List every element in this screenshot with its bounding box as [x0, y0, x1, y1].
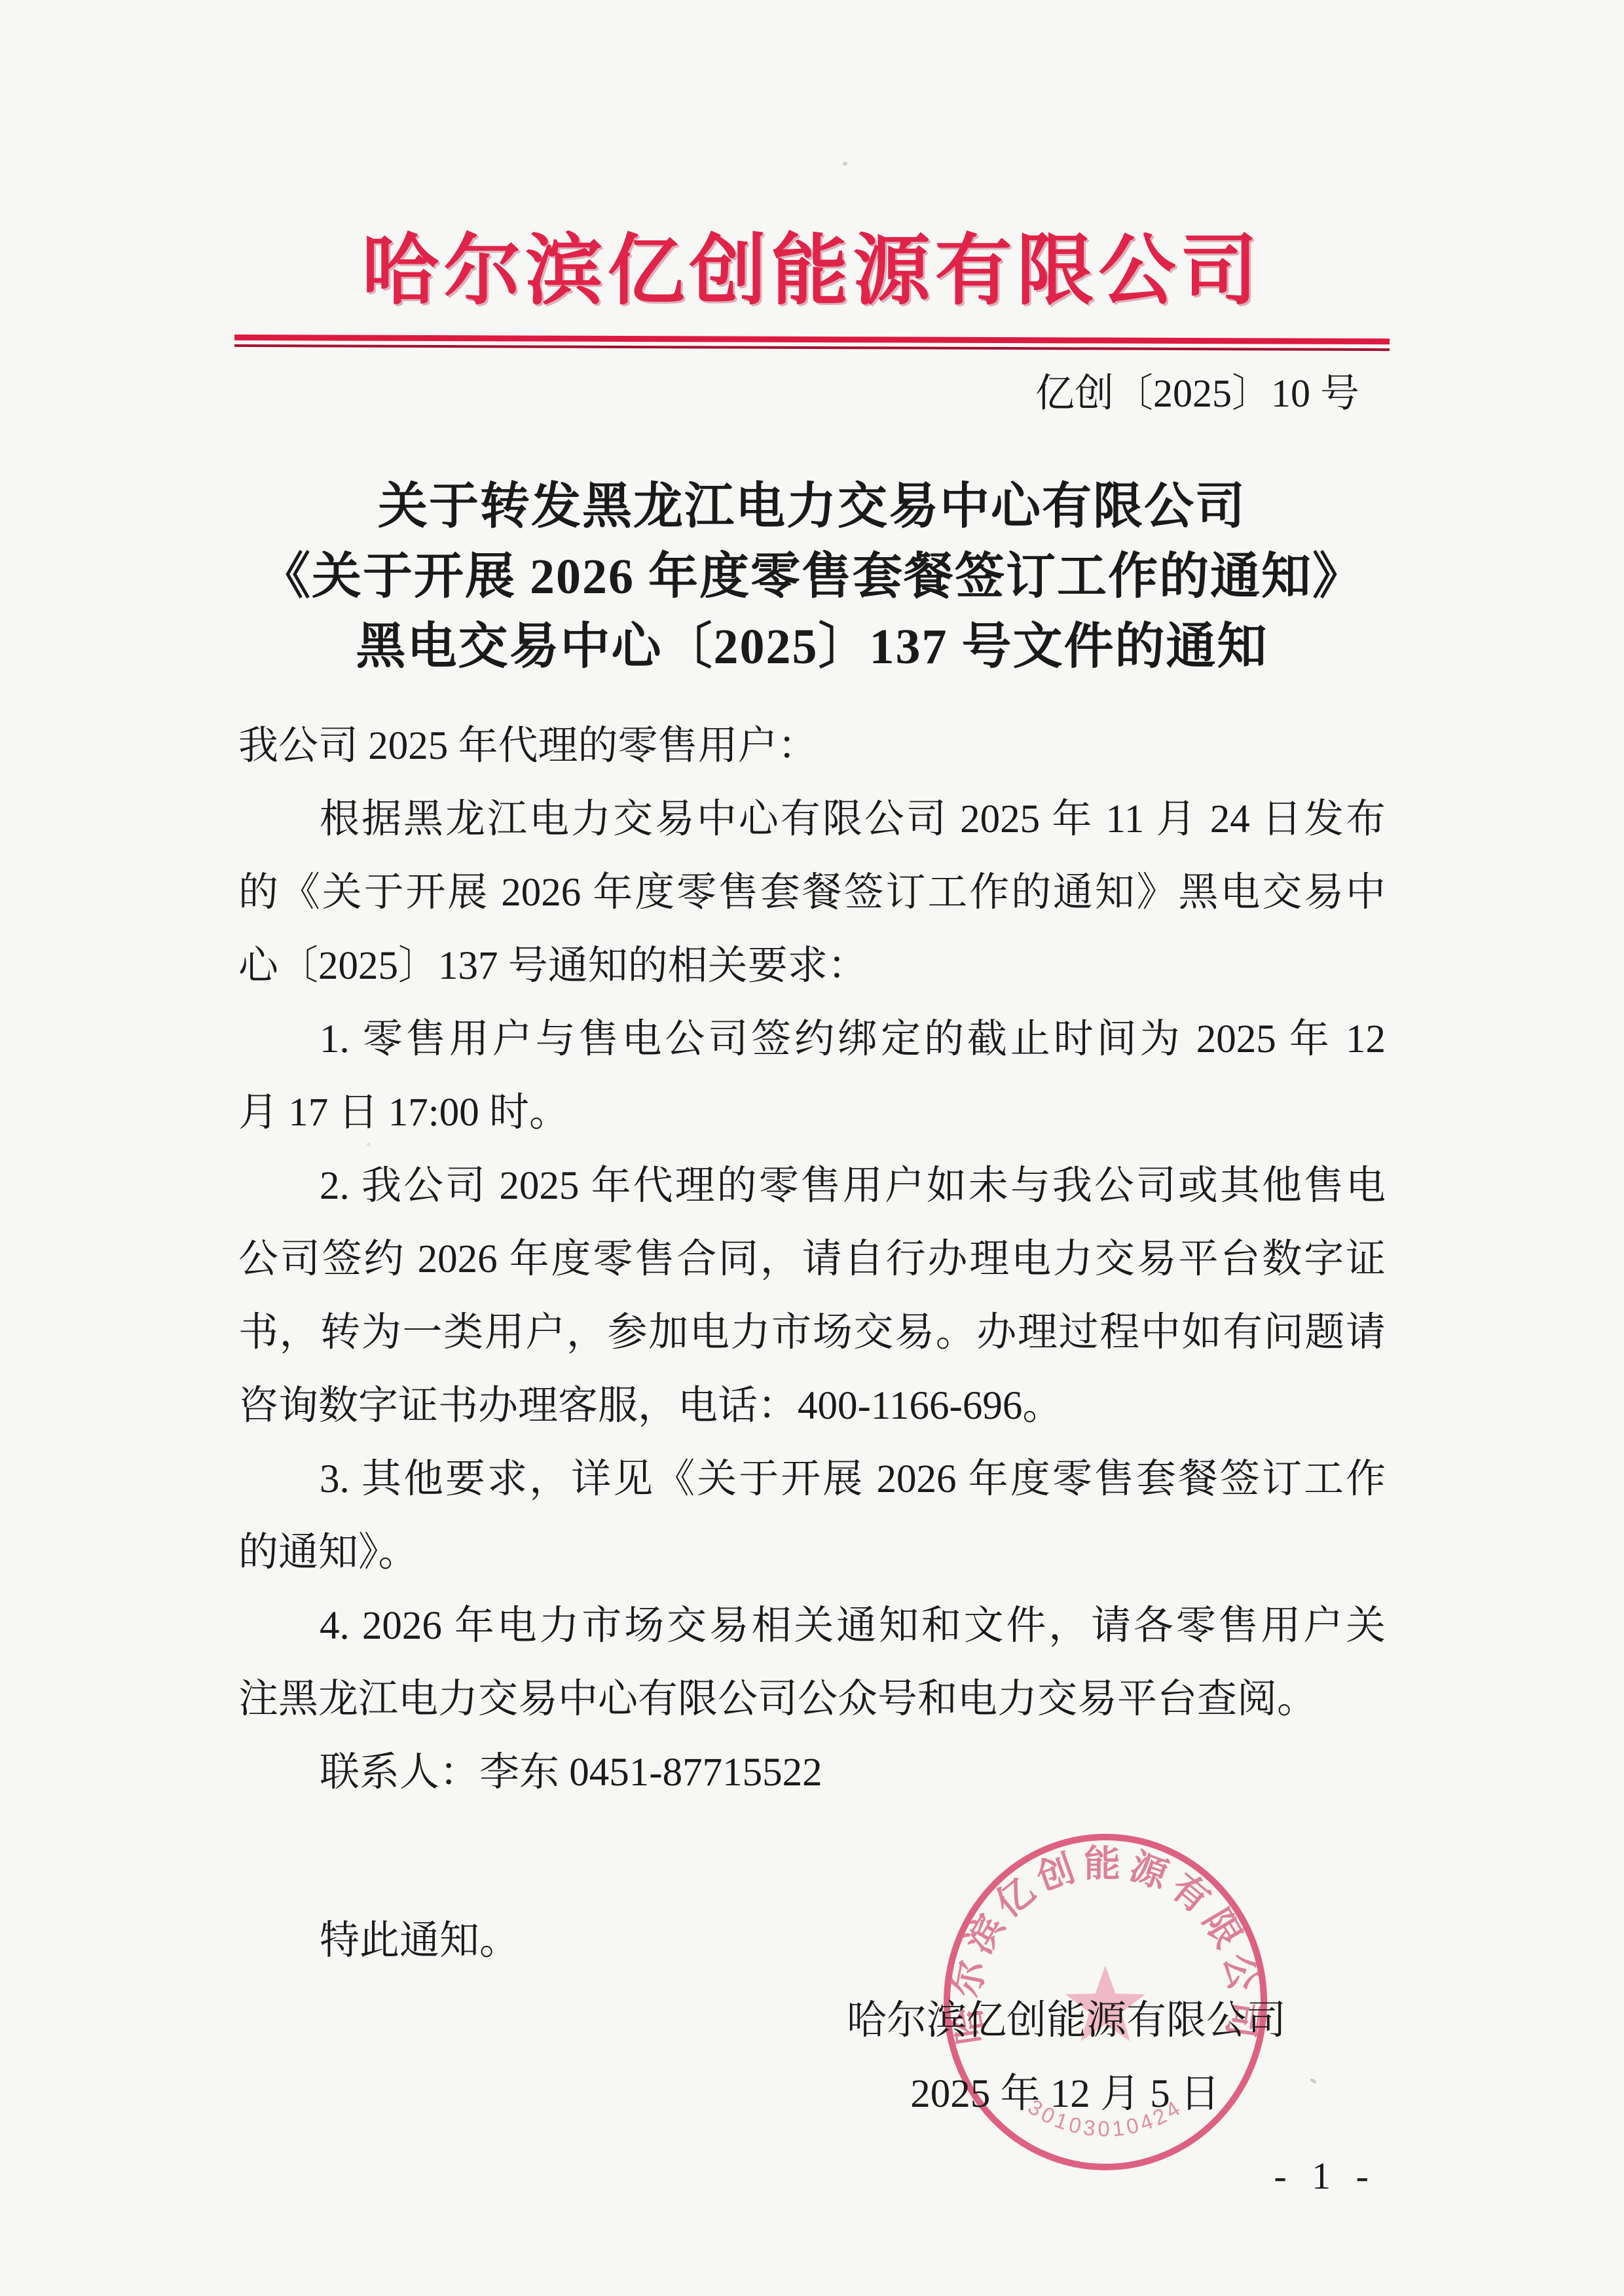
body-line: 注黑龙江电力交易中心有限公司公众号和电力交易平台查阅。: [238, 1663, 1386, 1736]
body-line-item-2: 2. 我公司 2025 年代理的零售用户如未与我公司或其他售电: [238, 1150, 1386, 1223]
closing-line: 特此通知。: [238, 1904, 1386, 1978]
body-line: 心〔2025〕137 号通知的相关要求：: [238, 930, 1386, 1003]
body-line: 公司签约 2026 年度零售合同，请自行办理电力交易平台数字证: [238, 1223, 1386, 1296]
body-line: 咨询数字证书办理客服，电话：400-1166-696。: [238, 1370, 1386, 1443]
document-body: 我公司 2025 年代理的零售用户： 根据黑龙江电力交易中心有限公司 2025 …: [238, 710, 1386, 1978]
document-title-line-1: 关于转发黑龙江电力交易中心有限公司: [223, 472, 1401, 542]
document-page: 哈尔滨亿创能源有限公司 亿创〔2025〕10 号 关于转发黑龙江电力交易中心有限…: [0, 0, 1624, 2296]
body-line: 书，转为一类用户，参加电力市场交易。办理过程中如有问题请: [238, 1296, 1386, 1370]
body-line: 的《关于开展 2026 年度零售套餐签订工作的通知》黑电交易中: [238, 856, 1386, 930]
document-title-line-2: 《关于开展 2026 年度零售套餐签订工作的通知》: [223, 542, 1401, 612]
body-line-item-1: 1. 零售用户与售电公司签约绑定的截止时间为 2025 年 12: [238, 1003, 1386, 1076]
contact-line: 联系人：李东 0451-87715522: [238, 1736, 1386, 1810]
red-separator: [234, 335, 1390, 351]
document-title-line-3: 黑电交易中心〔2025〕137 号文件的通知: [223, 612, 1401, 682]
body-line: 根据黑龙江电力交易中心有限公司 2025 年 11 月 24 日发布: [238, 783, 1386, 856]
document-number: 亿创〔2025〕10 号: [238, 366, 1386, 421]
body-line-item-3: 3. 其他要求，详见《关于开展 2026 年度零售套餐签订工作: [238, 1443, 1386, 1516]
body-line-item-4: 4. 2026 年电力市场交易相关通知和文件，请各零售用户关: [238, 1590, 1386, 1663]
signature-company: 哈尔滨亿创能源有限公司: [238, 1984, 1386, 2058]
salutation-line: 我公司 2025 年代理的零售用户：: [238, 710, 1386, 783]
page-number: - 1 -: [1274, 2154, 1376, 2198]
red-separator-thick-line: [234, 335, 1390, 344]
signature-block: 哈尔滨亿创能源有限公司 2025 年 12 月 5 日: [238, 1984, 1386, 2131]
red-separator-thin-line: [234, 344, 1390, 351]
body-line: 月 17 日 17:00 时。: [238, 1076, 1386, 1150]
signature-date: 2025 年 12 月 5 日: [238, 2058, 1386, 2131]
scan-speck: [843, 162, 847, 166]
document-title: 关于转发黑龙江电力交易中心有限公司 《关于开展 2026 年度零售套餐签订工作的…: [223, 472, 1401, 682]
letterhead-company-title: 哈尔滨亿创能源有限公司: [216, 228, 1408, 314]
body-line: 的通知》。: [238, 1516, 1386, 1590]
